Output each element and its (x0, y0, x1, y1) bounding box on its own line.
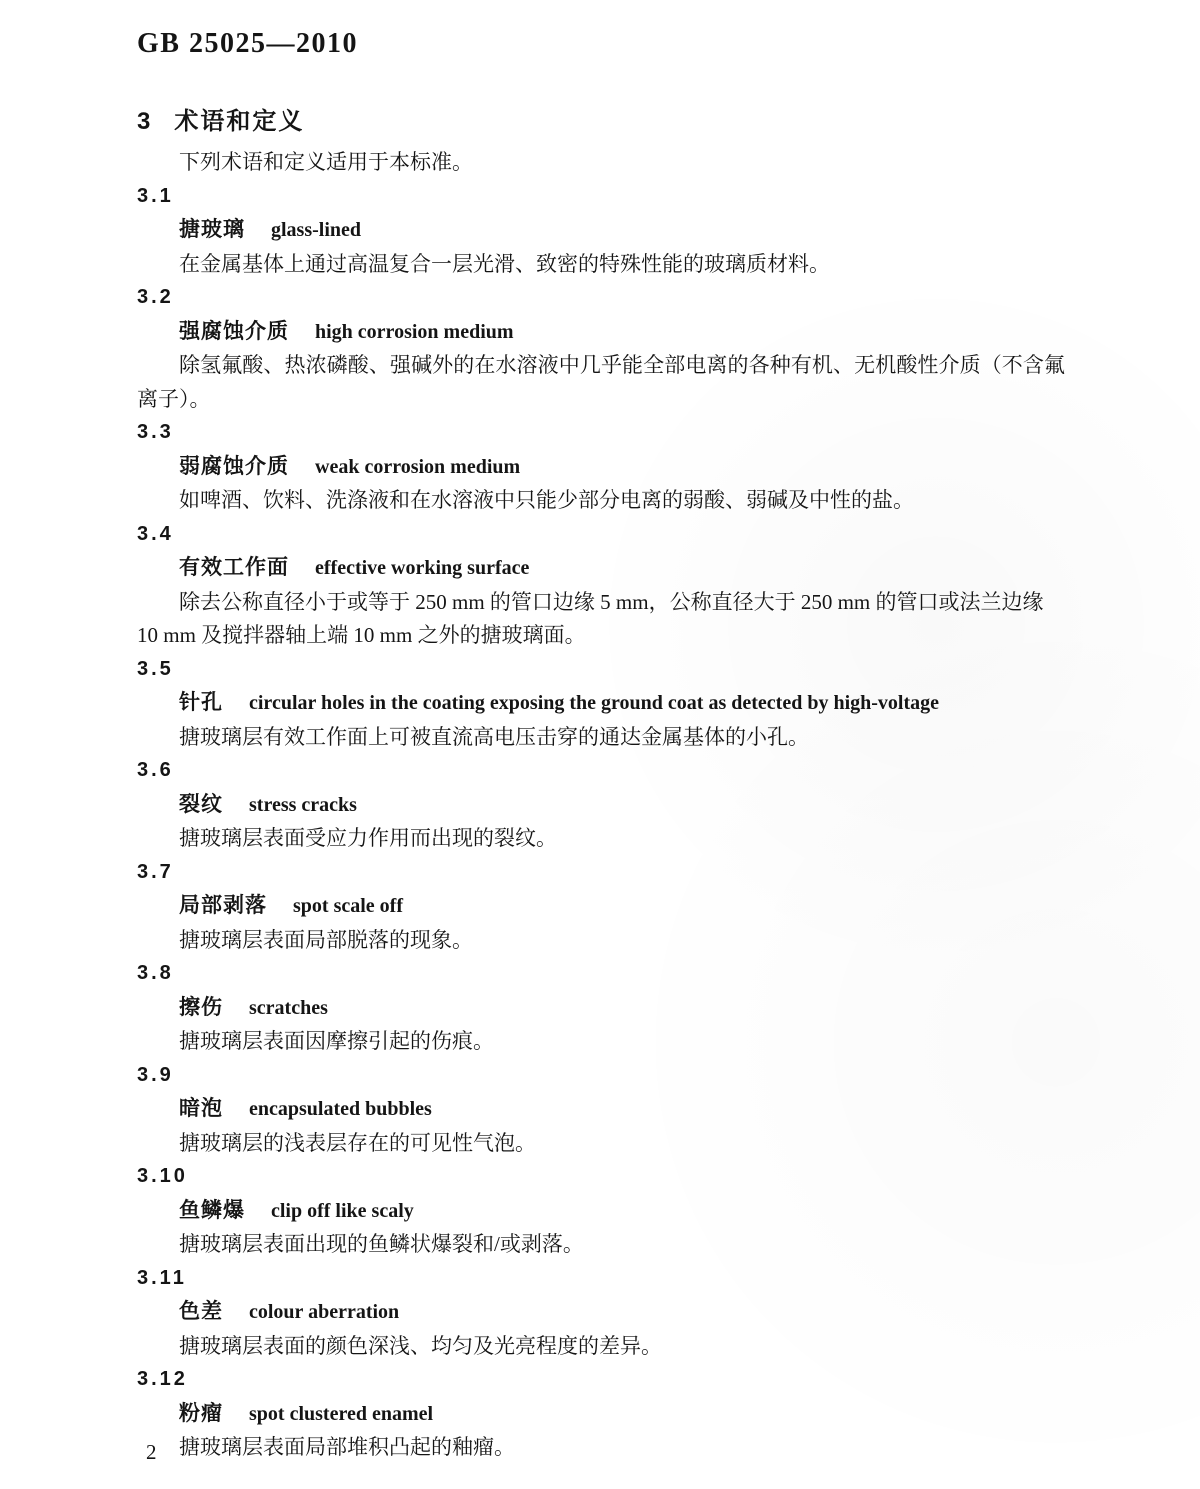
term-en-label: clip off like scaly (271, 1200, 414, 1222)
term-zh-label: 搪玻璃 (179, 218, 245, 241)
term-number: 3.12 (137, 1363, 1065, 1397)
page-body: 下列术语和定义适用于本标准。 3.1搪玻璃glass-lined在金属基体上通过… (137, 146, 1065, 1465)
term-heading: 粉瘤spot clustered enamel (137, 1397, 1065, 1432)
term-item: 3.1搪玻璃glass-lined在金属基体上通过高温复合一层光滑、致密的特殊性… (137, 180, 1065, 282)
term-zh-label: 弱腐蚀介质 (179, 455, 289, 478)
term-definition: 搪玻璃层有效工作面上可被直流高电压击穿的通达金属基体的小孔。 (137, 721, 1065, 755)
term-heading: 鱼鳞爆clip off like scaly (137, 1194, 1065, 1229)
term-heading: 搪玻璃glass-lined (137, 213, 1065, 248)
term-en-label: circular holes in the coating exposing t… (249, 692, 939, 714)
term-en-label: scratches (249, 997, 328, 1019)
term-item: 3.4有效工作面effective working surface除去公称直径小… (137, 518, 1065, 653)
term-item: 3.12粉瘤spot clustered enamel搪玻璃层表面局部堆积凸起的… (137, 1363, 1065, 1465)
section-number: 3 (137, 108, 152, 135)
intro-paragraph: 下列术语和定义适用于本标准。 (137, 146, 1065, 180)
terms-list: 3.1搪玻璃glass-lined在金属基体上通过高温复合一层光滑、致密的特殊性… (137, 180, 1065, 1465)
term-heading: 局部剥落spot scale off (137, 889, 1065, 924)
term-en-label: colour aberration (249, 1301, 399, 1323)
term-number: 3.5 (137, 653, 1065, 687)
term-en-label: high corrosion medium (315, 321, 514, 343)
term-item: 3.10鱼鳞爆clip off like scaly搪玻璃层表面出现的鱼鳞状爆裂… (137, 1160, 1065, 1262)
standard-number-header: GB 25025—2010 (137, 28, 358, 60)
document-page: GB 25025—2010 3术语和定义 下列术语和定义适用于本标准。 3.1搪… (0, 0, 1200, 1489)
term-number: 3.6 (137, 754, 1065, 788)
term-item: 3.8擦伤scratches搪玻璃层表面因摩擦引起的伤痕。 (137, 957, 1065, 1059)
term-number: 3.2 (137, 281, 1065, 315)
term-definition: 搪玻璃层表面受应力作用而出现的裂纹。 (137, 822, 1065, 856)
term-zh-label: 粉瘤 (179, 1402, 223, 1425)
term-zh-label: 色差 (179, 1300, 223, 1323)
term-number: 3.10 (137, 1160, 1065, 1194)
term-en-label: effective working surface (315, 557, 529, 579)
term-heading: 暗泡encapsulated bubbles (137, 1092, 1065, 1127)
term-item: 3.5针孔circular holes in the coating expos… (137, 653, 1065, 755)
term-number: 3.7 (137, 856, 1065, 890)
term-item: 3.7局部剥落spot scale off搪玻璃层表面局部脱落的现象。 (137, 856, 1065, 958)
term-number: 3.4 (137, 518, 1065, 552)
term-zh-label: 有效工作面 (179, 556, 289, 579)
term-zh-label: 局部剥落 (179, 894, 267, 917)
term-en-label: stress cracks (249, 794, 357, 816)
page-number: 2 (146, 1440, 157, 1465)
term-heading: 色差colour aberration (137, 1295, 1065, 1330)
term-definition: 除氢氟酸、热浓磷酸、强碱外的在水溶液中几乎能全部电离的各种有机、无机酸性介质（不… (137, 349, 1065, 416)
term-definition: 搪玻璃层表面局部脱落的现象。 (137, 924, 1065, 958)
term-en-label: encapsulated bubbles (249, 1098, 432, 1120)
term-zh-label: 强腐蚀介质 (179, 320, 289, 343)
term-item: 3.11色差colour aberration搪玻璃层表面的颜色深浅、均匀及光亮… (137, 1262, 1065, 1364)
term-heading: 针孔circular holes in the coating exposing… (137, 686, 1065, 721)
term-zh-label: 针孔 (179, 691, 223, 714)
term-zh-label: 擦伤 (179, 996, 223, 1019)
term-definition: 在金属基体上通过高温复合一层光滑、致密的特殊性能的玻璃质材料。 (137, 248, 1065, 282)
term-en-label: weak corrosion medium (315, 456, 520, 478)
term-definition: 搪玻璃层表面局部堆积凸起的釉瘤。 (137, 1431, 1065, 1465)
term-en-label: glass-lined (271, 219, 361, 241)
term-definition: 搪玻璃层表面的颜色深浅、均匀及光亮程度的差异。 (137, 1330, 1065, 1364)
term-definition: 搪玻璃层表面出现的鱼鳞状爆裂和/或剥落。 (137, 1228, 1065, 1262)
term-zh-label: 暗泡 (179, 1097, 223, 1120)
term-heading: 强腐蚀介质high corrosion medium (137, 315, 1065, 350)
section-heading: 3术语和定义 (137, 101, 304, 136)
section-title: 术语和定义 (174, 108, 304, 135)
term-item: 3.3弱腐蚀介质weak corrosion medium如啤酒、饮料、洗涤液和… (137, 416, 1065, 518)
term-number: 3.11 (137, 1262, 1065, 1296)
term-item: 3.2强腐蚀介质high corrosion medium除氢氟酸、热浓磷酸、强… (137, 281, 1065, 416)
term-en-label: spot clustered enamel (249, 1403, 433, 1425)
term-zh-label: 鱼鳞爆 (179, 1199, 245, 1222)
term-number: 3.3 (137, 416, 1065, 450)
term-definition: 如啤酒、饮料、洗涤液和在水溶液中只能少部分电离的弱酸、弱碱及中性的盐。 (137, 484, 1065, 518)
term-zh-label: 裂纹 (179, 793, 223, 816)
term-item: 3.9暗泡encapsulated bubbles搪玻璃层的浅表层存在的可见性气… (137, 1059, 1065, 1161)
term-number: 3.1 (137, 180, 1065, 214)
term-heading: 弱腐蚀介质weak corrosion medium (137, 450, 1065, 485)
term-definition: 搪玻璃层表面因摩擦引起的伤痕。 (137, 1025, 1065, 1059)
term-heading: 裂纹stress cracks (137, 788, 1065, 823)
term-heading: 擦伤scratches (137, 991, 1065, 1026)
term-en-label: spot scale off (293, 895, 403, 917)
term-item: 3.6裂纹stress cracks搪玻璃层表面受应力作用而出现的裂纹。 (137, 754, 1065, 856)
term-definition: 除去公称直径小于或等于 250 mm 的管口边缘 5 mm，公称直径大于 250… (137, 586, 1065, 653)
term-heading: 有效工作面effective working surface (137, 551, 1065, 586)
term-definition: 搪玻璃层的浅表层存在的可见性气泡。 (137, 1127, 1065, 1161)
term-number: 3.9 (137, 1059, 1065, 1093)
term-number: 3.8 (137, 957, 1065, 991)
